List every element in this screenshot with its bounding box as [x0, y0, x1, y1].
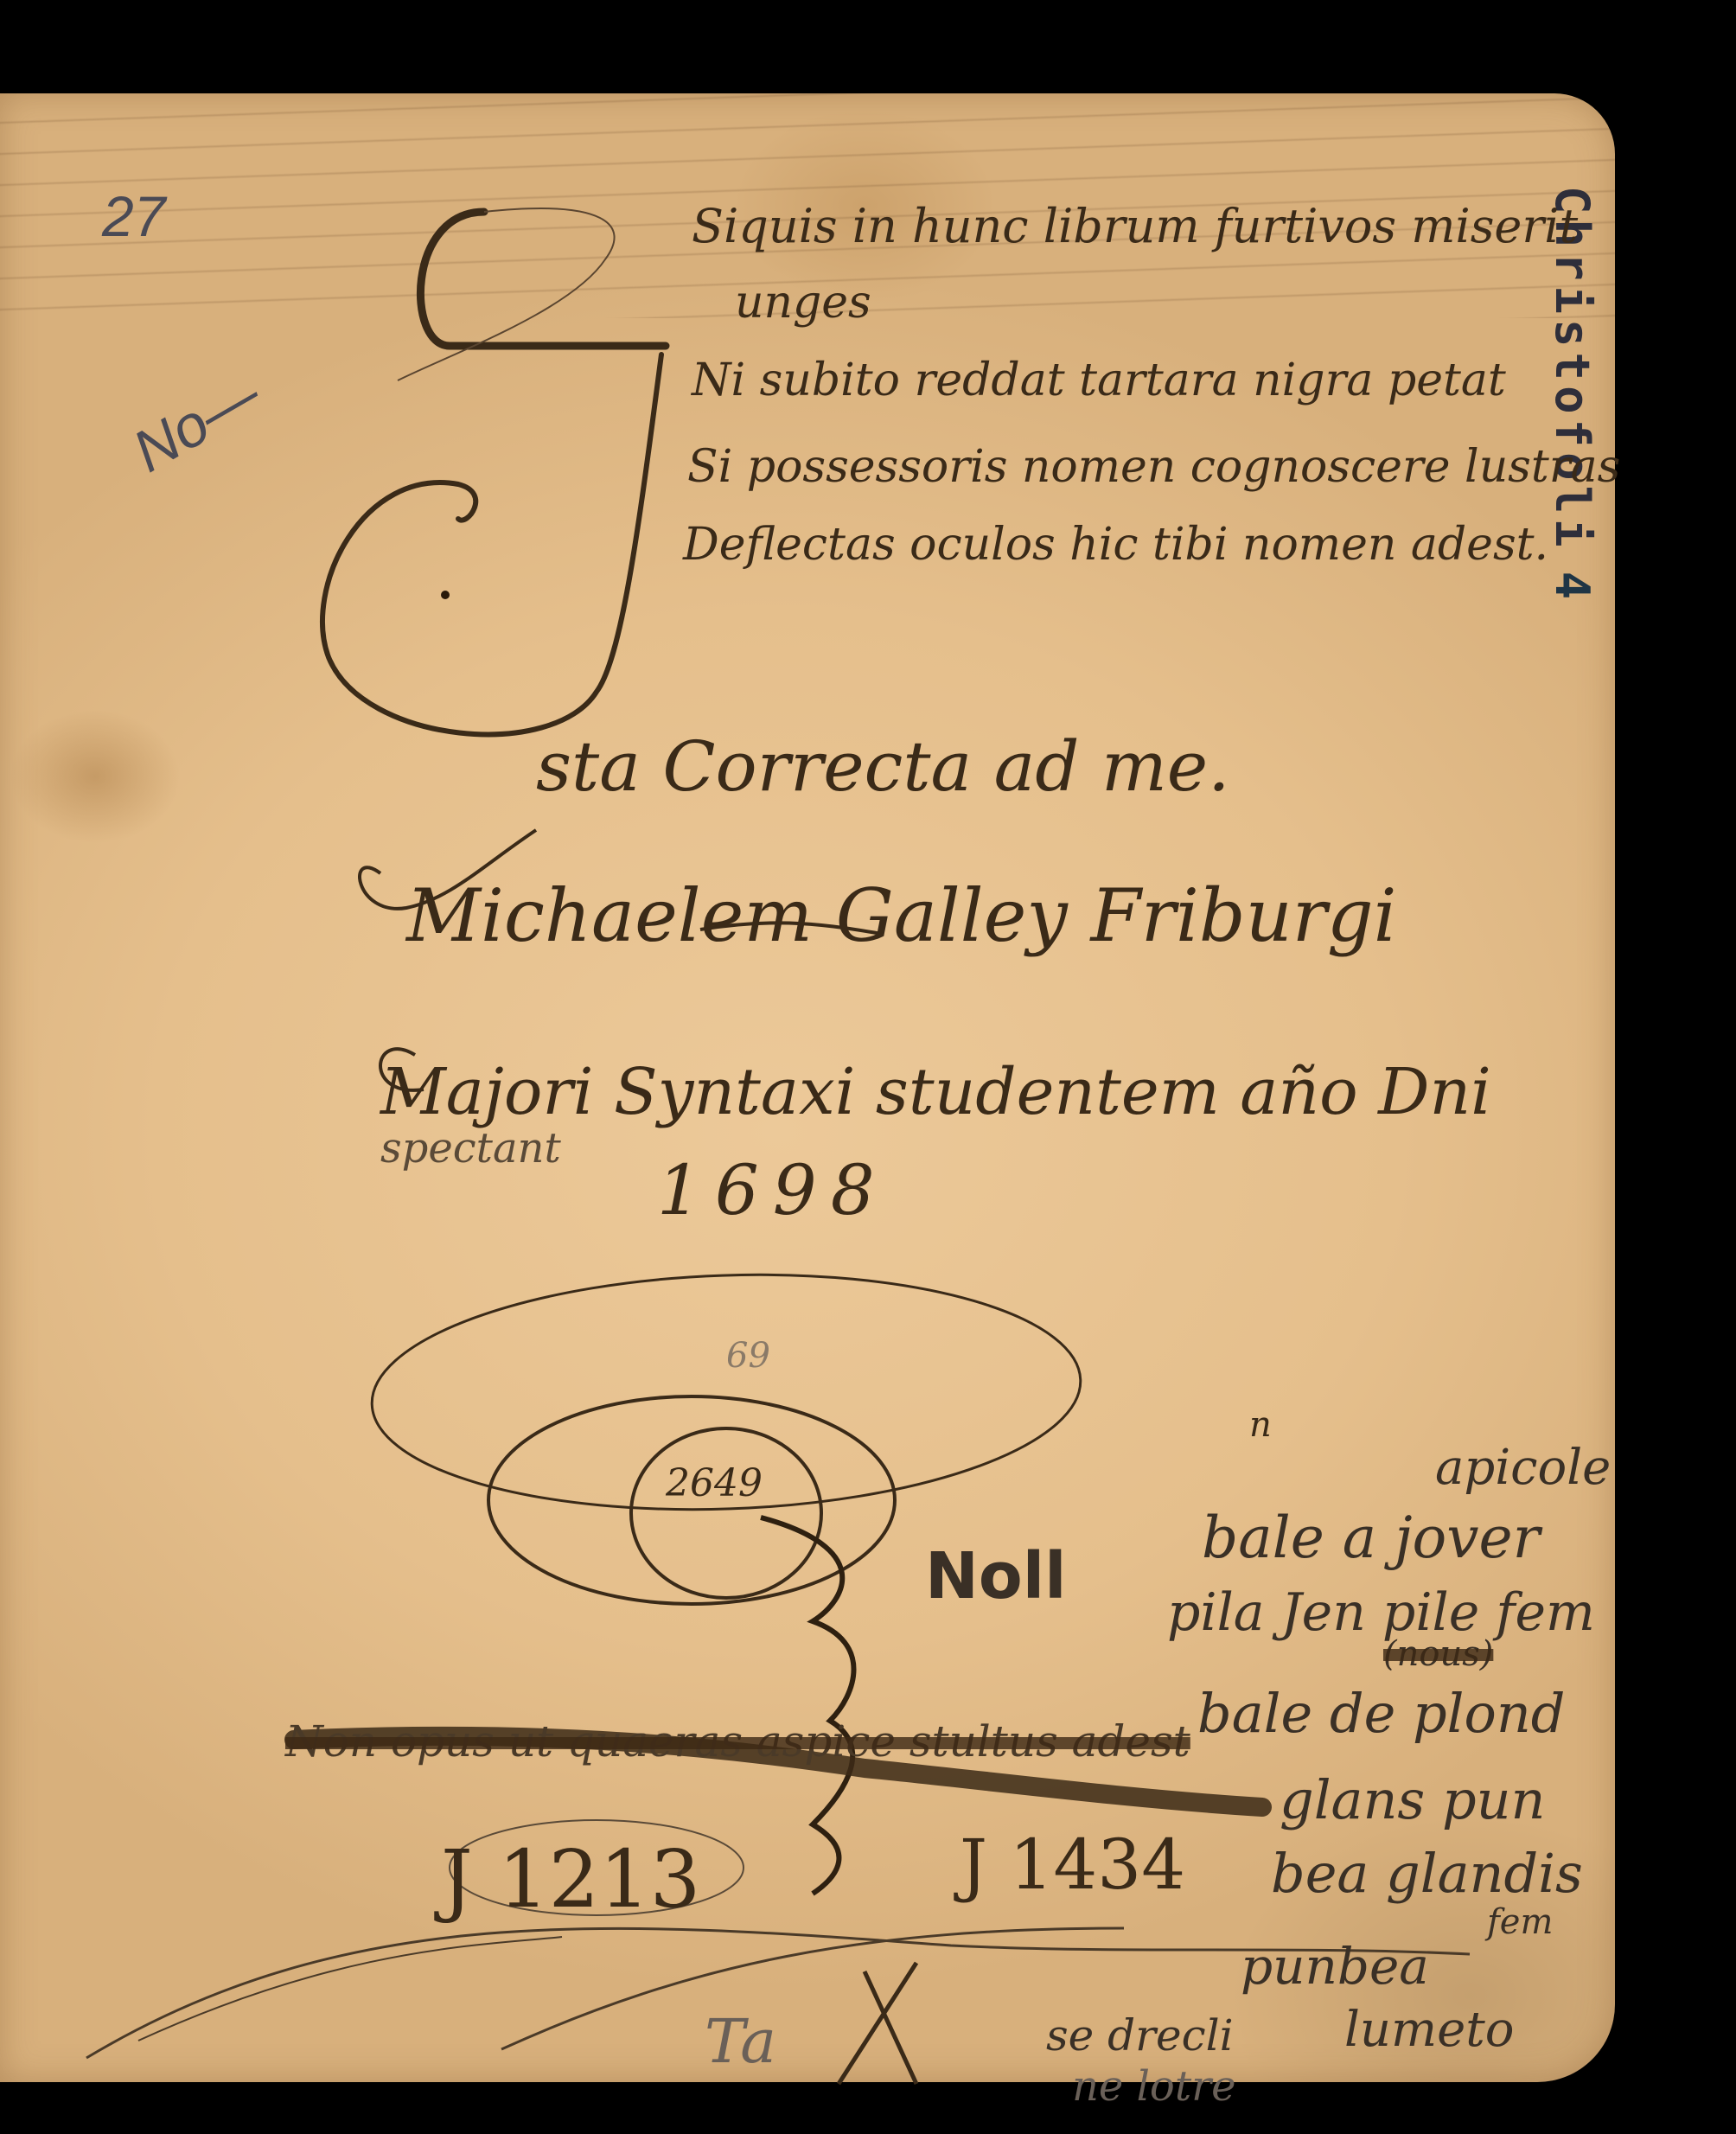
poem-line-3: Ni subito reddat tartara nigra petat [692, 355, 1506, 406]
word-noll: Noll [925, 1539, 1067, 1613]
glossary-bale-a-jover: bale a jover [1202, 1505, 1540, 1571]
glossary-ne-lotre: ne lotre [1072, 2062, 1235, 2111]
poem-line-2: unges [735, 277, 871, 329]
glossary-pila-jen: pila Jen pile fem [1167, 1582, 1595, 1643]
glossary-se-drecli: se drecli [1046, 2010, 1234, 2061]
glossary-crossed-nous: (nous) [1383, 1634, 1493, 1674]
glossary-glans-pun: glans pun [1280, 1768, 1546, 1831]
poem-line-5: Deflectas oculos hic tibi nomen adest. [683, 519, 1548, 571]
crossed-out-line: Non opus ut quaeras aspice stultus adest [285, 1716, 1190, 1767]
ownership-line-3: Majori Syntaxi studentem año Dni [380, 1055, 1491, 1129]
glossary-punbea: punbea [1241, 1937, 1429, 1996]
bottom-left-mark: Ta [705, 2006, 776, 2077]
glossary-bea-glandis: bea glandis [1271, 1842, 1583, 1905]
number-j-1434: J 1434 [960, 1824, 1185, 1905]
folio-number: 27 [102, 183, 165, 249]
small-n-mark: n [1249, 1405, 1272, 1445]
glossary-bale-de-plond: bale de plond [1197, 1682, 1565, 1745]
margin-word-spectant: spectant [380, 1124, 561, 1172]
glossary-apicole: apicole [1435, 1440, 1611, 1496]
poem-line-1: Siquis in hunc librum furtivos miserit [692, 199, 1578, 253]
spiral-number: 2649 [666, 1461, 763, 1505]
glossary-fem: fem [1487, 1902, 1553, 1942]
ownership-line-1: sta Correcta ad me. [536, 726, 1230, 807]
ownership-line-2: Michaelem Galley Friburgi [406, 873, 1396, 958]
poem-line-4: Si possessoris nomen cognoscere lustras [687, 441, 1620, 493]
year: 1698 [657, 1150, 889, 1230]
number-j-1213: J 1213 [441, 1833, 700, 1926]
faint-number: 69 [726, 1336, 770, 1376]
stamp-number: 4 [1545, 572, 1599, 605]
glossary-lumeto: lumeto [1344, 2002, 1514, 2058]
